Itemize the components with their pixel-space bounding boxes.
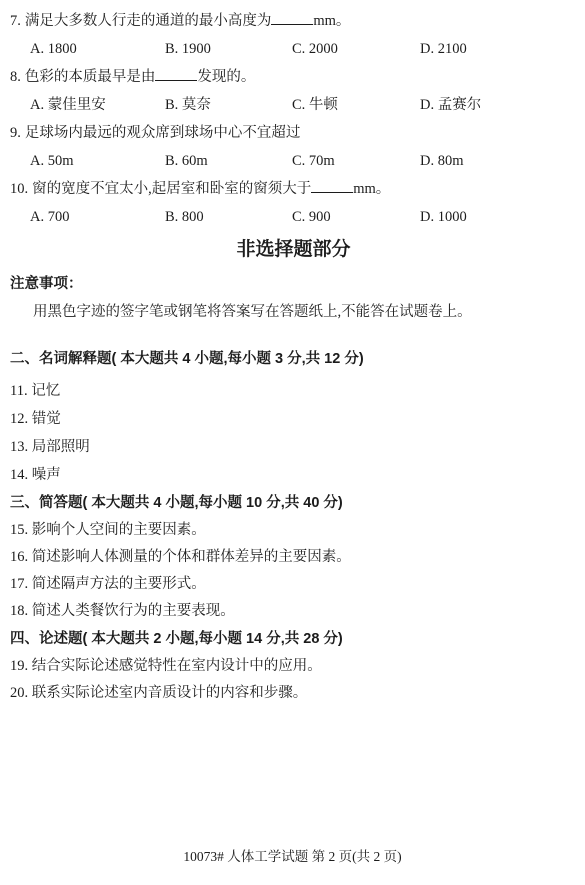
part-title: 非选择题部分 (10, 235, 577, 265)
options-row-10: A. 700 B. 800 C. 900 D. 1000 (30, 203, 577, 231)
section-item: 15. 影响个人空间的主要因素。 (10, 517, 577, 544)
section-heading-4: 四、论述题( 本大题共 2 小题,每小题 14 分,共 28 分) (10, 625, 577, 653)
options-row-8: A. 蒙佳里安 B. 莫奈 C. 牛顿 D. 孟赛尔 (30, 91, 577, 119)
question-suffix: mm。 (313, 13, 350, 29)
page-content: 7.满足大多数人行走的通道的最小高度为mm。 A. 1800 B. 1900 C… (10, 0, 577, 707)
notice-label: 注意事项： (10, 270, 577, 298)
option-d: D. 孟赛尔 (420, 91, 577, 119)
page-footer: 10073# 人体工学试题 第 2 页(共 2 页) (0, 848, 585, 866)
exam-page: { "mc": [ { "num": "7.", "pre": "满足大多数人行… (0, 0, 585, 885)
section-heading-3: 三、简答题( 本大题共 4 小题,每小题 10 分,共 40 分) (10, 489, 577, 517)
option-d: D. 2100 (420, 35, 577, 63)
question-number: 7. (10, 13, 21, 29)
section-item: 18. 简述人类餐饮行为的主要表现。 (10, 598, 577, 625)
option-b: B. 莫奈 (165, 91, 292, 119)
section-item: 17. 简述隔声方法的主要形式。 (10, 571, 577, 598)
question-suffix: mm。 (353, 181, 390, 197)
option-a: A. 50m (30, 147, 165, 175)
question-line-8: 8.色彩的本质最早是由发现的。 (10, 63, 577, 91)
section-item: 20. 联系实际论述室内音质设计的内容和步骤。 (10, 680, 577, 707)
option-b: B. 1900 (165, 35, 292, 63)
question-text: 足球场内最远的观众席到球场中心不宜超过 (25, 125, 301, 141)
option-b: B. 60m (165, 147, 292, 175)
option-d: D. 80m (420, 147, 577, 175)
option-a: A. 蒙佳里安 (30, 91, 165, 119)
option-c: C. 900 (292, 203, 420, 231)
section-item: 14. 噪声 (10, 461, 577, 489)
option-b: B. 800 (165, 203, 292, 231)
blank-underline (271, 22, 313, 25)
option-a: A. 1800 (30, 35, 165, 63)
question-text: 满足大多数人行走的通道的最小高度为 (25, 13, 272, 29)
section-item: 19. 结合实际论述感觉特性在室内设计中的应用。 (10, 653, 577, 680)
blank-underline (311, 190, 353, 193)
question-suffix: 发现的。 (197, 69, 255, 85)
section-item: 11. 记忆 (10, 377, 577, 405)
question-number: 8. (10, 69, 21, 85)
blank-underline (155, 78, 197, 81)
question-number: 10. (10, 181, 28, 197)
question-text: 色彩的本质最早是由 (25, 69, 156, 85)
section-item: 13. 局部照明 (10, 433, 577, 461)
option-c: C. 70m (292, 147, 420, 175)
option-a: A. 700 (30, 203, 165, 231)
option-d: D. 1000 (420, 203, 577, 231)
notice-text: 用黑色字迹的签字笔或钢笔将答案写在答题纸上,不能答在试题卷上。 (10, 298, 577, 326)
question-line-9: 9.足球场内最远的观众席到球场中心不宜超过 (10, 119, 577, 147)
option-c: C. 牛顿 (292, 91, 420, 119)
question-number: 9. (10, 125, 21, 141)
options-row-7: A. 1800 B. 1900 C. 2000 D. 2100 (30, 35, 577, 63)
options-row-9: A. 50m B. 60m C. 70m D. 80m (30, 147, 577, 175)
question-line-7: 7.满足大多数人行走的通道的最小高度为mm。 (10, 7, 577, 35)
question-line-10: 10.窗的宽度不宜太小,起居室和卧室的窗须大于mm。 (10, 175, 577, 203)
option-c: C. 2000 (292, 35, 420, 63)
section-item: 16. 简述影响人体测量的个体和群体差异的主要因素。 (10, 544, 577, 571)
question-text: 窗的宽度不宜太小,起居室和卧室的窗须大于 (32, 181, 311, 197)
section-heading-2: 二、名词解释题( 本大题共 4 小题,每小题 3 分,共 12 分) (10, 345, 577, 373)
section-item: 12. 错觉 (10, 405, 577, 433)
